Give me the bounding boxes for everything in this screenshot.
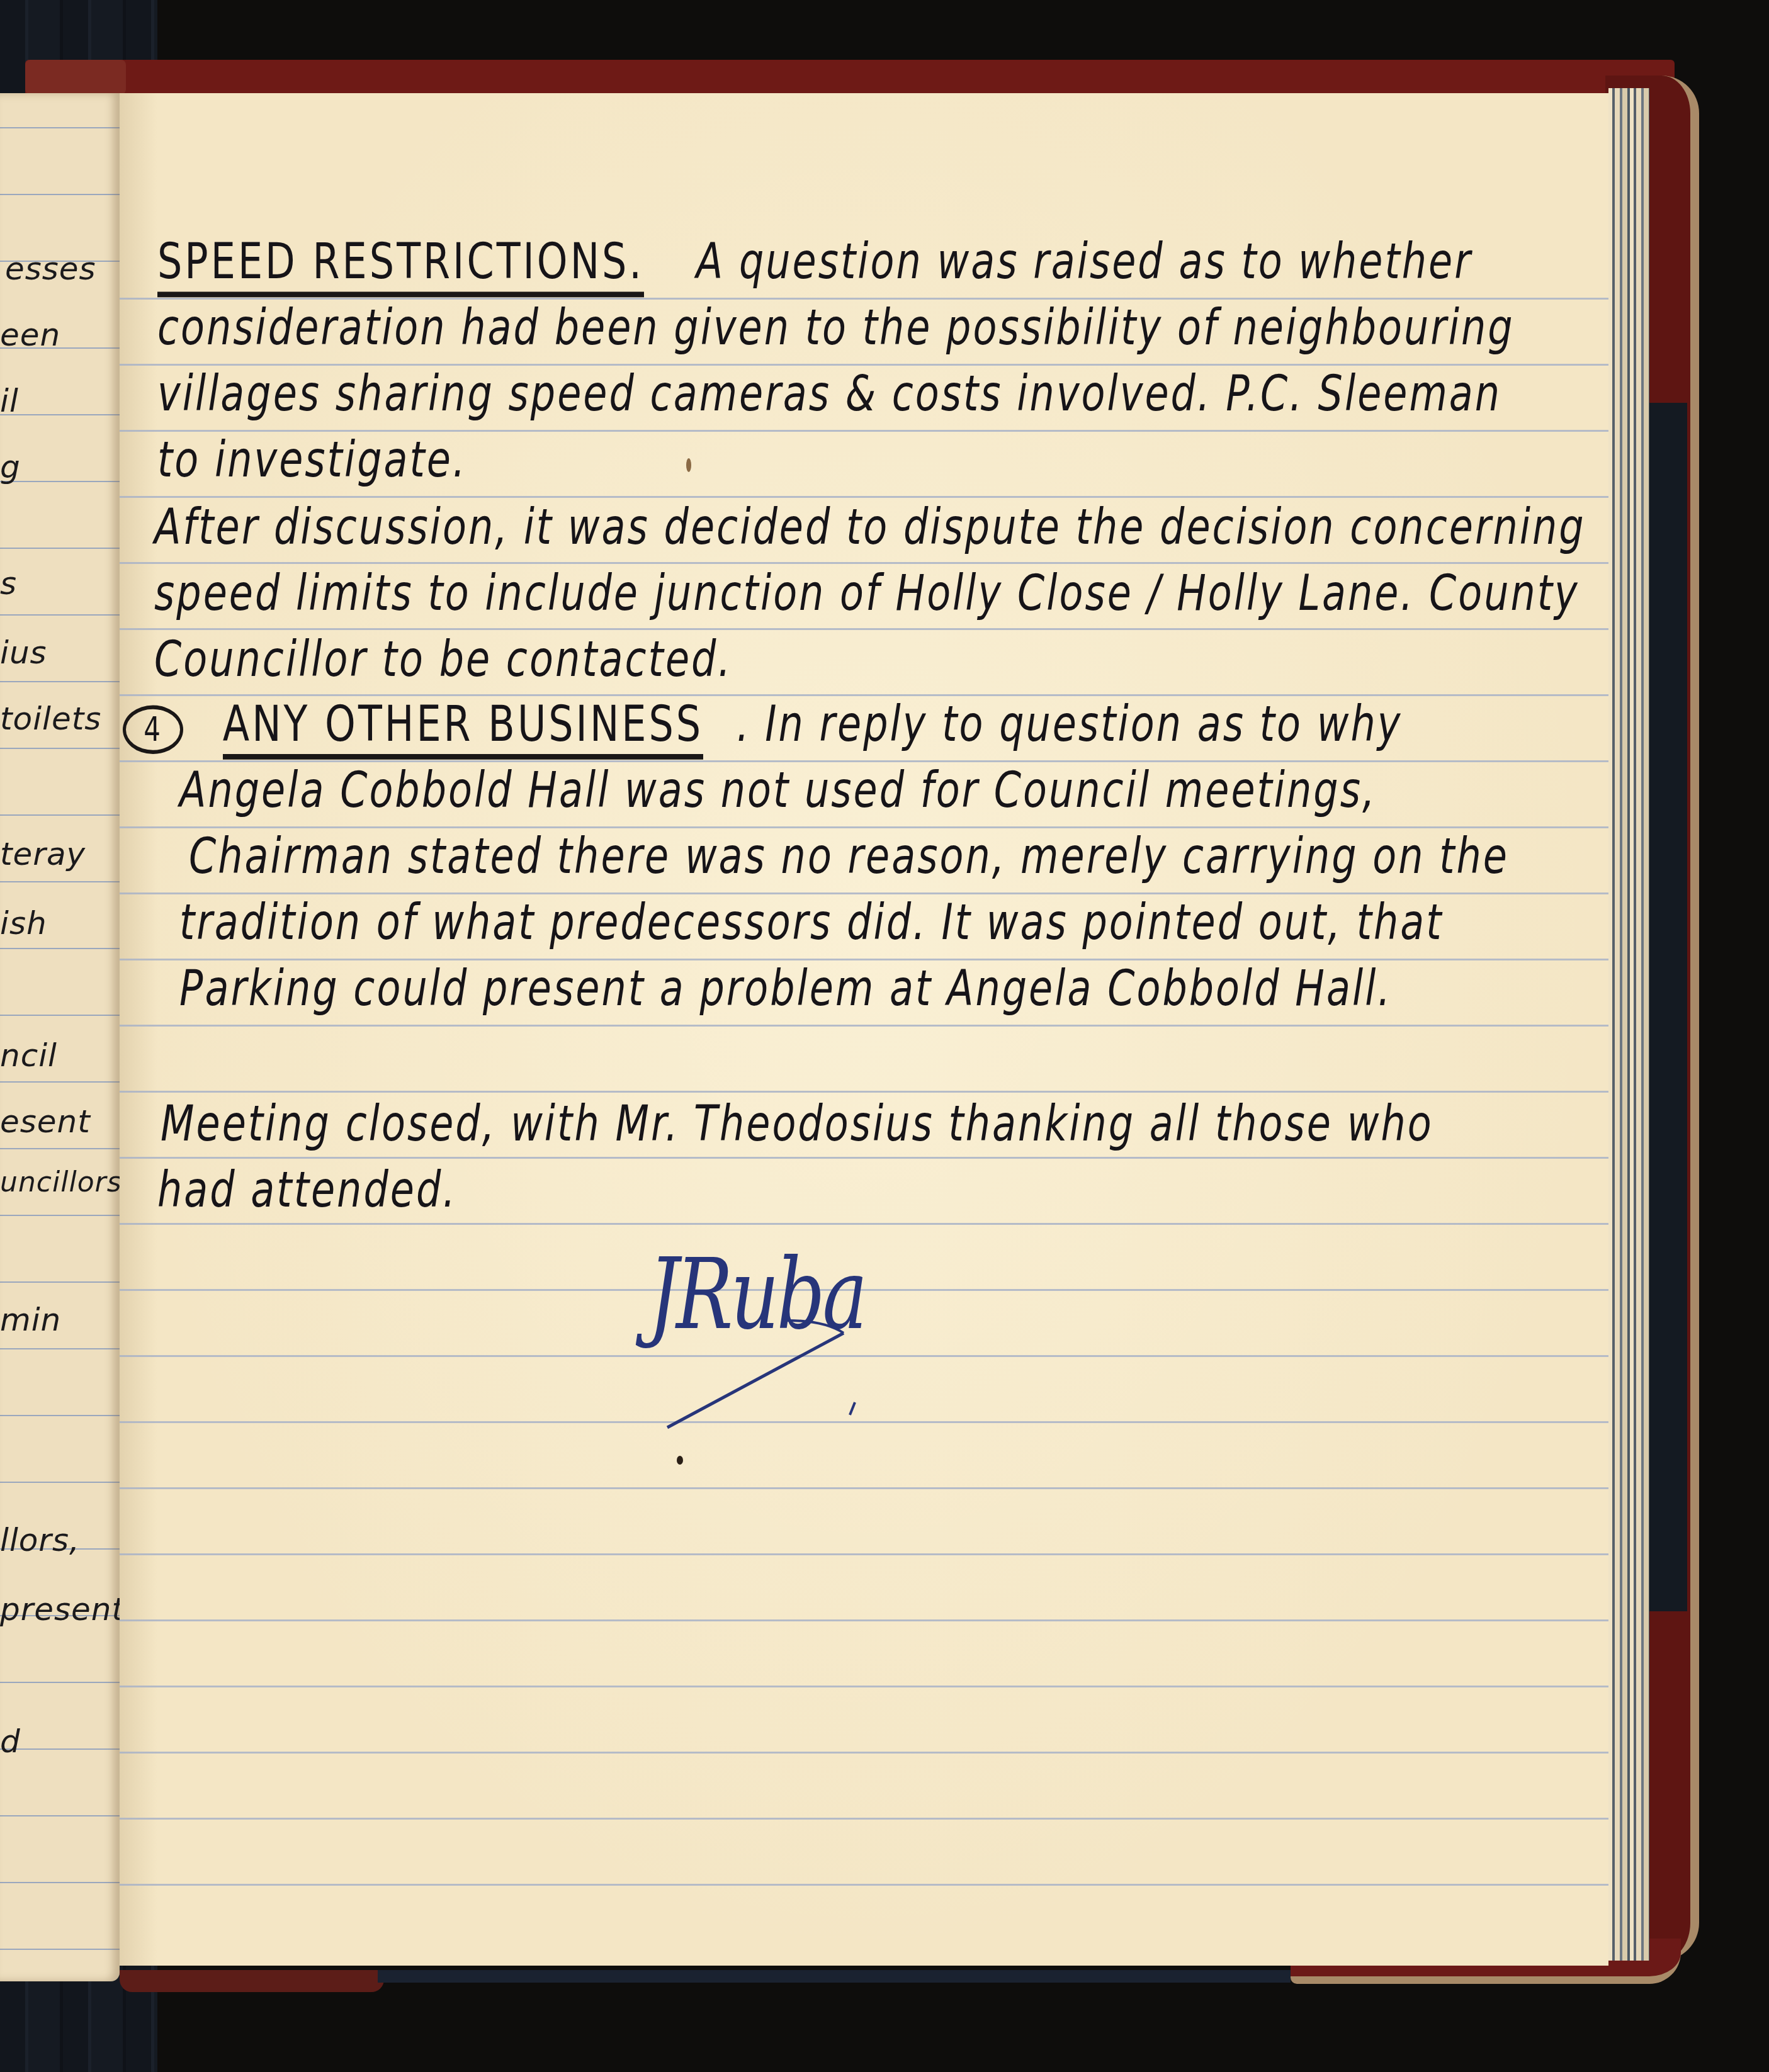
- left-page-fragment: een: [0, 317, 60, 353]
- ruled-line: [120, 1025, 1608, 1027]
- handwritten-text: . In reply to question as to why: [737, 695, 1402, 752]
- handwritten-line: speed limits to include junction of Holl…: [154, 565, 1580, 622]
- page-stack-edges: [1608, 88, 1649, 1961]
- handwritten-line: Councillor to be contacted.: [154, 631, 732, 688]
- right-page: SPEED RESTRICTIONS. A question was raise…: [120, 93, 1608, 1966]
- handwritten-line: villages sharing speed cameras & costs i…: [157, 365, 1501, 422]
- ruled-line: [120, 1421, 1608, 1423]
- speed-restrictions-line-1: SPEED RESTRICTIONS. A question was raise…: [157, 233, 1472, 290]
- left-page-fragment: present: [0, 1591, 125, 1628]
- section-heading-speed-restrictions: SPEED RESTRICTIONS.: [157, 233, 644, 298]
- ruled-line: [120, 1223, 1608, 1225]
- left-page-fragment: esent: [0, 1103, 91, 1140]
- handwritten-line: to investigate.: [157, 431, 467, 488]
- handwritten-line: Chairman stated there was no reason, mer…: [189, 828, 1509, 885]
- chairman-signature: JRuba: [630, 1232, 850, 1421]
- left-page-fragment: ius: [0, 634, 47, 671]
- ruled-line: [120, 1355, 1608, 1357]
- left-page-fragment: g: [0, 449, 21, 485]
- left-page-fragment: il: [0, 383, 19, 419]
- ruled-line: [120, 1487, 1608, 1489]
- ruled-line: [120, 1091, 1608, 1093]
- left-page-fragment: d: [0, 1723, 21, 1760]
- handwritten-line: After discussion, it was decided to disp…: [154, 498, 1586, 556]
- signature-flourish-icon: [630, 1232, 856, 1434]
- ink-speck: [677, 1456, 683, 1465]
- book-cover-top-edge: [25, 60, 1675, 98]
- book-cover-top-left-edge: [25, 60, 126, 94]
- left-page-fragment: ncil: [0, 1037, 57, 1074]
- handwritten-text: A question was raised as to whether: [696, 233, 1472, 290]
- any-other-business-line-1: 4 ANY OTHER BUSINESS . In reply to quest…: [123, 695, 1402, 754]
- left-page-fragment: teray: [0, 836, 86, 872]
- paper-stain: [686, 458, 691, 472]
- ruled-line: [120, 1157, 1608, 1159]
- handwritten-line: Parking could present a problem at Angel…: [179, 960, 1392, 1017]
- ruled-line: [120, 496, 1608, 498]
- ruled-line: [120, 562, 1608, 564]
- left-page-fragment: toilets: [0, 701, 101, 737]
- left-page-fragment: uncillors: [0, 1166, 122, 1198]
- ruled-line: [120, 1818, 1608, 1820]
- section-heading-any-other-business: ANY OTHER BUSINESS: [223, 695, 703, 760]
- left-page-fragment: s: [0, 565, 17, 602]
- handwritten-line: had attended.: [157, 1161, 457, 1219]
- ruled-line: [120, 1619, 1608, 1621]
- book-cover-bottom-left-edge: [120, 1970, 384, 1992]
- left-page-fragment: ish: [0, 905, 47, 942]
- handwritten-line: Angela Cobbold Hall was not used for Cou…: [179, 762, 1377, 819]
- handwritten-line: Meeting closed, with Mr. Theodosius than…: [161, 1095, 1433, 1152]
- ruled-line: [120, 1884, 1608, 1886]
- left-page-fragment: min: [0, 1302, 61, 1338]
- handwritten-line: tradition of what predecessors did. It w…: [179, 894, 1444, 951]
- item-number-badge: 4: [123, 706, 183, 755]
- left-page-fragment: llors,: [0, 1522, 80, 1558]
- ruled-line: [120, 1686, 1608, 1687]
- ruled-line: [120, 1553, 1608, 1555]
- ruled-line: [120, 1752, 1608, 1754]
- book-cover-cloth: [1649, 403, 1687, 1611]
- book-cover-bottom-cloth: [378, 1970, 1291, 1983]
- left-page-fragment: esses: [5, 251, 96, 287]
- handwritten-line: consideration had been given to the poss…: [157, 299, 1515, 356]
- left-page: esses een il g s ius toilets teray ish n…: [0, 93, 120, 1981]
- ruled-line: [120, 628, 1608, 630]
